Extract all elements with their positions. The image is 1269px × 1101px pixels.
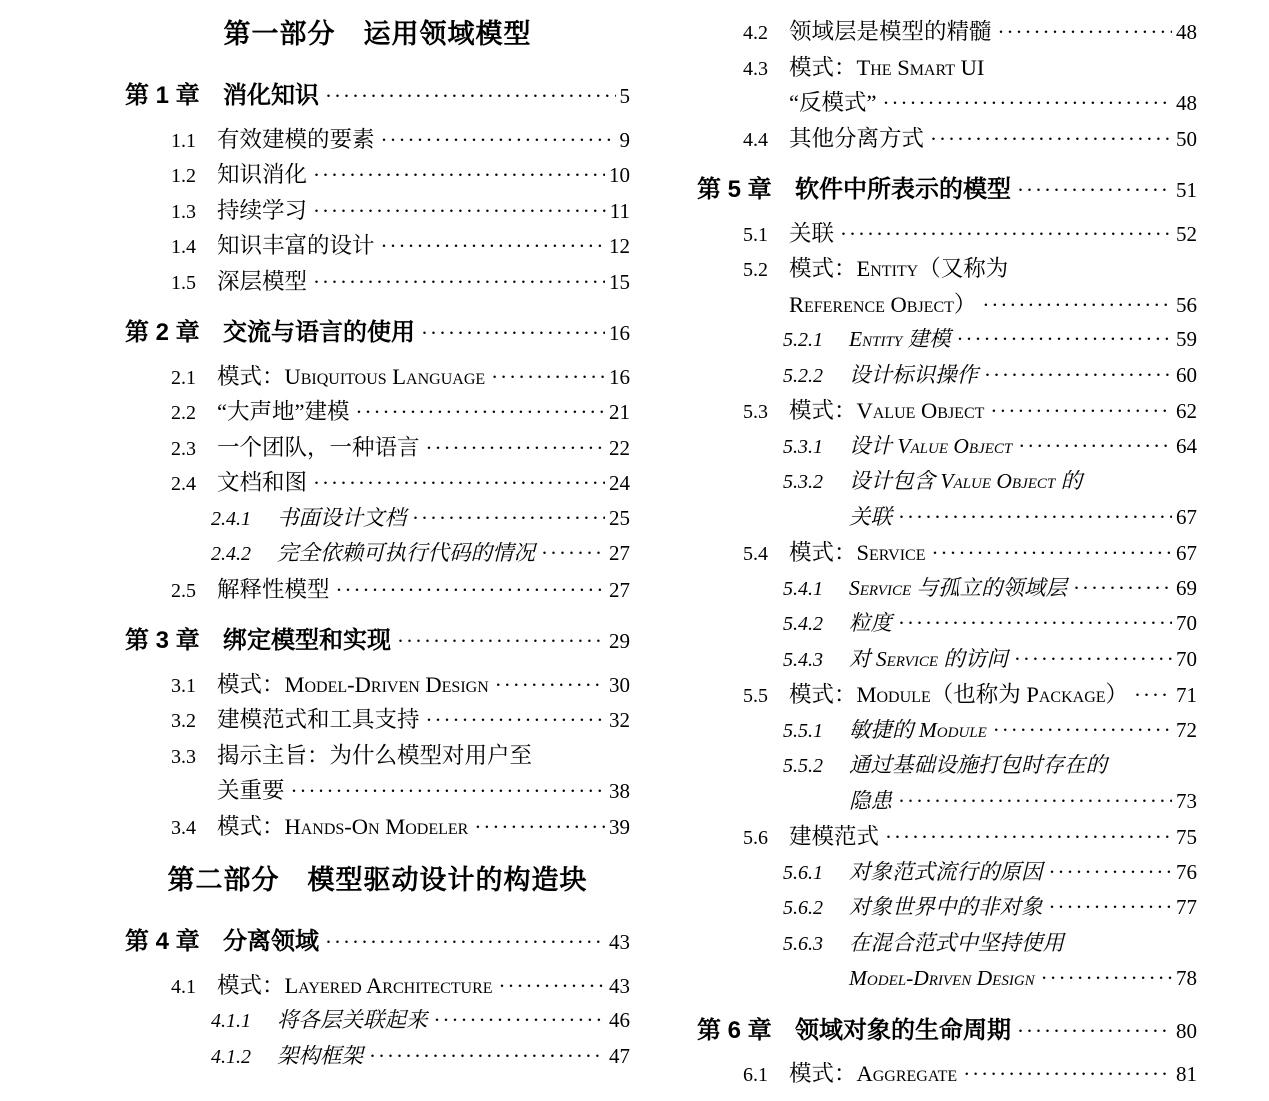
entry-number: 4.1.1: [211, 1004, 277, 1040]
entry-number: 1.3: [171, 195, 217, 231]
entry-number: 5.6.1: [783, 856, 849, 892]
entry-title: 其他分离方式: [789, 121, 924, 157]
entry-number: 5.4.3: [783, 643, 849, 679]
page-number: 75: [1176, 820, 1197, 856]
entry-number: 第 3 章: [125, 623, 223, 659]
page-number: 22: [609, 431, 630, 467]
entry-title: 关联: [789, 216, 834, 252]
page-number: 47: [609, 1039, 630, 1075]
toc-entry-5.5.1: 5.5.1敏捷的 Module72: [697, 713, 1197, 749]
dot-leader: [898, 606, 1172, 642]
toc-entry-1.5: 1.5深层模型15: [125, 264, 630, 300]
toc-entry-4.1: 4.1模式：Layered Architecture43: [125, 968, 630, 1004]
toc-entry-3.1: 3.1模式：Model-Driven Design30: [125, 667, 630, 703]
dot-leader: [1049, 855, 1172, 891]
dot-leader: [381, 123, 616, 159]
entry-number: 5.3.1: [783, 430, 849, 466]
toc-column-left: 第一部分 运用领域模型第 1 章消化知识51.1有效建模的要素91.2知识消化1…: [125, 14, 630, 1092]
toc-entry-5.6.3-continuation: Model-Driven Design78: [697, 961, 1197, 997]
toc-entry-2.1: 2.1模式：Ubiquitous Language16: [125, 359, 630, 395]
toc-part-heading: 第二部分 模型驱动设计的构造块: [125, 862, 630, 898]
toc-page: 第一部分 运用领域模型第 1 章消化知识51.1有效建模的要素91.2知识消化1…: [0, 0, 1269, 1092]
dot-leader: [474, 810, 605, 846]
toc-entry-1.4: 1.4知识丰富的设计12: [125, 228, 630, 264]
toc-entry-5.6.3: 5.6.3在混合范式中坚持使用: [697, 926, 1197, 962]
entry-number: 5.6: [743, 821, 789, 857]
entry-title: 模式：Service: [789, 535, 926, 571]
page-number: 5: [620, 79, 631, 115]
entry-number: 5.4.1: [783, 572, 849, 608]
entry-number: 5.6.2: [783, 891, 849, 927]
entry-number: 3.4: [171, 811, 217, 847]
entry-title: 分离领域: [223, 924, 319, 960]
entry-number: 1.2: [171, 159, 217, 195]
page-number: 32: [609, 703, 630, 739]
entry-title: 领域对象的生命周期: [795, 1013, 1011, 1049]
entry-number: 第 5 章: [697, 172, 795, 208]
entry-title: 模式：Value Object: [789, 393, 984, 429]
entry-number: 4.4: [743, 123, 789, 159]
toc-entry-5.6.2: 5.6.2对象世界中的非对象77: [697, 890, 1197, 926]
toc-entry-5.3.2-continuation: 关联67: [697, 500, 1197, 536]
entry-number: 第 1 章: [125, 78, 223, 114]
entry-number: 3.1: [171, 669, 217, 705]
entry-title: 书面设计文档: [277, 501, 406, 537]
entry-number: 2.4: [171, 467, 217, 503]
page-number: 39: [609, 810, 630, 846]
entry-title: 消化知识: [223, 78, 319, 114]
entry-title: Model-Driven Design: [849, 961, 1035, 997]
dot-leader: [1018, 429, 1172, 465]
dot-leader: [1017, 1014, 1172, 1050]
page-number: 46: [609, 1003, 630, 1039]
entry-title: 建模范式和工具支持: [217, 702, 420, 738]
entry-title: 模式：Entity（又称为: [789, 251, 1008, 287]
entry-title: 有效建模的要素: [217, 122, 375, 158]
toc-entry-1.2: 1.2知识消化10: [125, 157, 630, 193]
dot-leader: [325, 79, 616, 115]
dot-leader: [1017, 173, 1172, 209]
entry-title: 模式：Module（也称为 Package）: [789, 677, 1128, 713]
entry-number: 5.2.2: [783, 359, 849, 395]
page-number: 56: [1176, 288, 1197, 324]
page-number: 51: [1176, 173, 1197, 209]
page-number: 21: [609, 395, 630, 431]
entry-number: 第 4 章: [125, 924, 223, 960]
entry-number: 5.5: [743, 679, 789, 715]
dot-leader: [1134, 678, 1172, 714]
entry-title: 文档和图: [217, 465, 307, 501]
dot-leader: [930, 122, 1172, 158]
entry-number: 1.5: [171, 266, 217, 302]
entry-title: 知识消化: [217, 157, 307, 193]
page-number: 77: [1176, 890, 1197, 926]
entry-number: 5.5.1: [783, 714, 849, 750]
toc-entry-5.2: 5.2模式：Entity（又称为: [697, 251, 1197, 287]
entry-title: 解释性模型: [217, 572, 330, 608]
entry-number: 1.1: [171, 124, 217, 160]
dot-leader: [291, 774, 605, 810]
entry-title: 敏捷的 Module: [849, 713, 987, 749]
toc-entry-第 3 章: 第 3 章绑定模型和实现29: [125, 623, 630, 659]
entry-title: 在混合范式中坚持使用: [849, 926, 1064, 962]
toc-entry-4.4: 4.4其他分离方式50: [697, 121, 1197, 157]
entry-title: 对 Service 的访问: [849, 642, 1008, 678]
entry-title: 关联: [849, 500, 892, 536]
entry-title: 对象范式流行的原因: [849, 855, 1043, 891]
entry-number: 4.2: [743, 16, 789, 52]
entry-title: “反模式”: [789, 85, 876, 121]
entry-title: 模式：Model-Driven Design: [217, 667, 489, 703]
page-number: 81: [1176, 1057, 1197, 1093]
entry-number: 1.4: [171, 230, 217, 266]
entry-title: 架构框架: [277, 1039, 363, 1075]
entry-title: 设计包含 Value Object 的: [849, 464, 1082, 500]
entry-title: 模式：The Smart UI: [789, 50, 984, 86]
toc-entry-4.1.2: 4.1.2架构框架47: [125, 1039, 630, 1075]
dot-leader: [313, 158, 605, 194]
entry-title: 将各层关联起来: [277, 1003, 428, 1039]
dot-leader: [1049, 890, 1172, 926]
dot-leader: [898, 500, 1172, 536]
page-number: 64: [1176, 429, 1197, 465]
page-number: 80: [1176, 1014, 1197, 1050]
page-number: 59: [1176, 322, 1197, 358]
entry-title: 关重要: [217, 773, 285, 809]
page-number: 70: [1176, 642, 1197, 678]
page-number: 62: [1176, 394, 1197, 430]
dot-leader: [1014, 642, 1172, 678]
dot-leader: [957, 322, 1172, 358]
page-number: 78: [1176, 961, 1197, 997]
entry-title: “大声地”建模: [217, 394, 349, 430]
page-number: 11: [610, 194, 630, 230]
page-number: 29: [609, 624, 630, 660]
dot-leader: [998, 15, 1172, 51]
dot-leader: [397, 624, 605, 660]
toc-entry-5.6: 5.6建模范式75: [697, 819, 1197, 855]
entry-title: 粒度: [849, 606, 892, 642]
toc-entry-4.3-continuation: “反模式”48: [697, 85, 1197, 121]
entry-number: 6.1: [743, 1058, 789, 1094]
toc-entry-3.3-continuation: 关重要38: [125, 773, 630, 809]
entry-title: 设计 Value Object: [849, 429, 1012, 465]
entry-number: 4.1: [171, 970, 217, 1006]
entry-number: 2.3: [171, 432, 217, 468]
entry-title: 模式：Hands-On Modeler: [217, 809, 468, 845]
entry-title: 软件中所表示的模型: [795, 172, 1011, 208]
page-number: 67: [1176, 500, 1197, 536]
toc-entry-第 5 章: 第 5 章软件中所表示的模型51: [697, 172, 1197, 208]
toc-entry-4.3: 4.3模式：The Smart UI: [697, 50, 1197, 86]
toc-entry-4.1.1: 4.1.1将各层关联起来46: [125, 1003, 630, 1039]
entry-number: 2.1: [171, 361, 217, 397]
toc-entry-5.2.1: 5.2.1Entity 建模59: [697, 322, 1197, 358]
dot-leader: [882, 86, 1172, 122]
toc-entry-第 6 章: 第 6 章领域对象的生命周期80: [697, 1013, 1197, 1049]
page-number: 71: [1176, 678, 1197, 714]
toc-entry-第 4 章: 第 4 章分离领域43: [125, 924, 630, 960]
dot-leader: [495, 668, 605, 704]
entry-title: 通过基础设施打包时存在的: [849, 748, 1107, 784]
dot-leader: [541, 536, 605, 572]
page-number: 76: [1176, 855, 1197, 891]
page-number: 16: [609, 360, 630, 396]
dot-leader: [381, 229, 605, 265]
toc-entry-2.4: 2.4文档和图24: [125, 465, 630, 501]
entry-title: 建模范式: [789, 819, 879, 855]
toc-entry-第 2 章: 第 2 章交流与语言的使用16: [125, 315, 630, 351]
entry-number: 2.5: [171, 574, 217, 610]
entry-number: 5.1: [743, 218, 789, 254]
dot-leader: [982, 288, 1172, 324]
page-number: 48: [1176, 86, 1197, 122]
dot-leader: [313, 466, 605, 502]
toc-entry-5.6.1: 5.6.1对象范式流行的原因76: [697, 855, 1197, 891]
page-number: 30: [609, 668, 630, 704]
page-number: 27: [609, 573, 630, 609]
toc-entry-5.4: 5.4模式：Service67: [697, 535, 1197, 571]
page-number: 70: [1176, 606, 1197, 642]
page-number: 27: [609, 536, 630, 572]
toc-entry-5.4.1: 5.4.1Service 与孤立的领域层69: [697, 571, 1197, 607]
entry-title: 隐患: [849, 784, 892, 820]
toc-column-right: 4.2领域层是模型的精髓484.3模式：The Smart UI“反模式”484…: [697, 14, 1197, 1092]
entry-number: 5.3.2: [783, 465, 849, 501]
entry-number: 3.2: [171, 704, 217, 740]
dot-leader: [1041, 961, 1172, 997]
dot-leader: [898, 784, 1172, 820]
toc-entry-5.5: 5.5模式：Module（也称为 Package）71: [697, 677, 1197, 713]
page-number: 9: [620, 123, 631, 159]
dot-leader: [355, 395, 605, 431]
entry-title: 持续学习: [217, 193, 307, 229]
page-number: 72: [1176, 713, 1197, 749]
toc-entry-5.5.2: 5.5.2通过基础设施打包时存在的: [697, 748, 1197, 784]
toc-entry-2.3: 2.3一个团队，一种语言22: [125, 430, 630, 466]
page-number: 38: [609, 774, 630, 810]
entry-number: 3.3: [171, 740, 217, 776]
entry-number: 第 2 章: [125, 315, 223, 351]
dot-leader: [499, 969, 605, 1005]
toc-entry-1.1: 1.1有效建模的要素9: [125, 122, 630, 158]
entry-title: 绑定模型和实现: [223, 623, 391, 659]
toc-part-heading: 第一部分 运用领域模型: [125, 16, 630, 52]
entry-title: Entity 建模: [849, 322, 951, 358]
page-number: 16: [609, 316, 630, 352]
dot-leader: [313, 194, 606, 230]
entry-title: Reference Object）: [789, 287, 976, 323]
entry-title: 交流与语言的使用: [223, 315, 415, 351]
dot-leader: [840, 217, 1172, 253]
dot-leader: [993, 713, 1172, 749]
page-number: 50: [1176, 122, 1197, 158]
entry-number: 4.3: [743, 52, 789, 88]
page-number: 25: [609, 501, 630, 537]
toc-entry-5.3.2: 5.3.2设计包含 Value Object 的: [697, 464, 1197, 500]
toc-entry-2.2: 2.2“大声地”建模21: [125, 394, 630, 430]
entry-title: 领域层是模型的精髓: [789, 14, 992, 50]
dot-leader: [963, 1057, 1172, 1093]
dot-leader: [421, 316, 605, 352]
entry-number: 5.4.2: [783, 607, 849, 643]
dot-leader: [990, 394, 1172, 430]
page-number: 15: [609, 265, 630, 301]
toc-entry-3.3: 3.3揭示主旨：为什么模型对用户至: [125, 738, 630, 774]
entry-number: 5.4: [743, 537, 789, 573]
entry-number: 第 6 章: [697, 1013, 795, 1049]
toc-entry-第 1 章: 第 1 章消化知识5: [125, 78, 630, 114]
dot-leader: [434, 1003, 605, 1039]
page-number: 60: [1176, 358, 1197, 394]
dot-leader: [932, 536, 1172, 572]
entry-title: 完全依赖可执行代码的情况: [277, 536, 535, 572]
toc-entry-5.2-continuation: Reference Object）56: [697, 287, 1197, 323]
dot-leader: [426, 431, 605, 467]
dot-leader: [336, 573, 605, 609]
entry-number: 2.4.1: [211, 502, 277, 538]
entry-number: 4.1.2: [211, 1040, 277, 1076]
toc-entry-2.4.2: 2.4.2完全依赖可执行代码的情况27: [125, 536, 630, 572]
page-number: 43: [609, 969, 630, 1005]
entry-number: 5.6.3: [783, 927, 849, 963]
entry-title: 知识丰富的设计: [217, 228, 375, 264]
entry-title: 一个团队，一种语言: [217, 430, 420, 466]
dot-leader: [325, 925, 605, 961]
page-number: 48: [1176, 15, 1197, 51]
entry-number: 2.2: [171, 396, 217, 432]
toc-entry-5.5.2-continuation: 隐患73: [697, 784, 1197, 820]
toc-entry-5.4.2: 5.4.2粒度70: [697, 606, 1197, 642]
page-number: 24: [609, 466, 630, 502]
toc-entry-3.4: 3.4模式：Hands-On Modeler39: [125, 809, 630, 845]
page-number: 69: [1176, 571, 1197, 607]
entry-number: 5.3: [743, 395, 789, 431]
entry-number: 2.4.2: [211, 537, 277, 573]
toc-entry-5.2.2: 5.2.2设计标识操作60: [697, 358, 1197, 394]
entry-title: 对象世界中的非对象: [849, 890, 1043, 926]
dot-leader: [885, 820, 1172, 856]
entry-number: 5.2.1: [783, 323, 849, 359]
entry-title: 模式：Aggregate: [789, 1056, 957, 1092]
page-number: 12: [609, 229, 630, 265]
toc-entry-5.3: 5.3模式：Value Object62: [697, 393, 1197, 429]
toc-entry-2.5: 2.5解释性模型27: [125, 572, 630, 608]
entry-title: 揭示主旨：为什么模型对用户至: [217, 738, 532, 774]
toc-entry-4.2: 4.2领域层是模型的精髓48: [697, 14, 1197, 50]
toc-entry-5.1: 5.1关联52: [697, 216, 1197, 252]
page-number: 67: [1176, 536, 1197, 572]
entry-title: 深层模型: [217, 264, 307, 300]
toc-entry-2.4.1: 2.4.1书面设计文档25: [125, 501, 630, 537]
page-number: 52: [1176, 217, 1197, 253]
dot-leader: [426, 703, 605, 739]
dot-leader: [369, 1039, 605, 1075]
entry-title: 模式：Layered Architecture: [217, 968, 493, 1004]
toc-entry-5.3.1: 5.3.1设计 Value Object64: [697, 429, 1197, 465]
page-number: 73: [1176, 784, 1197, 820]
entry-title: Service 与孤立的领域层: [849, 571, 1067, 607]
entry-title: 设计标识操作: [849, 358, 978, 394]
toc-entry-3.2: 3.2建模范式和工具支持32: [125, 702, 630, 738]
dot-leader: [491, 360, 605, 396]
dot-leader: [313, 265, 605, 301]
entry-title: 模式：Ubiquitous Language: [217, 359, 485, 395]
toc-entry-1.3: 1.3持续学习11: [125, 193, 630, 229]
dot-leader: [412, 501, 605, 537]
toc-entry-6.1: 6.1模式：Aggregate81: [697, 1056, 1197, 1092]
page-number: 43: [609, 925, 630, 961]
page-number: 10: [609, 158, 630, 194]
entry-number: 5.2: [743, 253, 789, 289]
dot-leader: [1073, 571, 1172, 607]
entry-number: 5.5.2: [783, 749, 849, 785]
dot-leader: [984, 358, 1172, 394]
toc-entry-5.4.3: 5.4.3对 Service 的访问70: [697, 642, 1197, 678]
